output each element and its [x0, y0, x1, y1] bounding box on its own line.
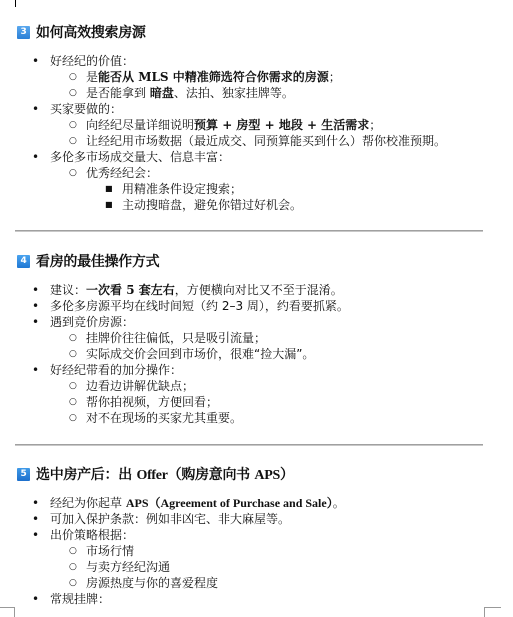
list-item: • 出价策略根据：	[0, 527, 345, 543]
bullet-disc-icon: •	[32, 495, 39, 511]
section-title: 选中房产后：出 Offer（购房意向书 APS）	[36, 464, 294, 484]
bullet-list: • 好经纪的价值： ○ 是能否从 MLS 中精准筛选符合你需求的房源； ○ 是否…	[0, 53, 446, 213]
list-item: • 多伦多市场成交量大、信息丰富：	[0, 149, 446, 165]
bullet-disc-icon: •	[32, 298, 39, 314]
bold-text: 一次看 5 套左右	[86, 283, 175, 297]
section-title: 看房的最佳操作方式	[36, 251, 159, 271]
bullet-square-icon: ■	[105, 181, 113, 197]
list-item: ○ 实际成交价会回到市场价，很难“捡大漏”。	[0, 346, 349, 362]
list-item: ○ 边看边讲解优缺点；	[0, 378, 349, 394]
bullet-circle-icon: ○	[69, 575, 77, 591]
bullet-disc-icon: •	[32, 527, 39, 543]
list-item: ○ 与卖方经纪沟通	[0, 559, 345, 575]
list-item: ○ 向经纪尽量详细说明预算 + 房型 + 地段 + 生活需求；	[0, 117, 446, 133]
list-item: ○ 优秀经纪会：	[0, 165, 446, 181]
number-4-icon: 4	[17, 255, 30, 268]
bullet-circle-icon: ○	[69, 330, 77, 346]
bullet-circle-icon: ○	[69, 346, 77, 362]
bold-text: 能否从 MLS 中精准筛选符合你需求的房源	[98, 70, 329, 84]
list-item: • 遇到竞价房源：	[0, 314, 349, 330]
bullet-circle-icon: ○	[69, 85, 77, 101]
bold-text: 暗盘	[150, 86, 174, 100]
bullet-list: • 建议：一次看 5 套左右，方便横向对比又不至于混淆。 • 多伦多房源平均在线…	[0, 282, 349, 426]
page-corner-mark	[484, 607, 501, 617]
section-heading: 5 选中房产后：出 Offer（购房意向书 APS）	[17, 464, 294, 484]
list-item: ○ 是否能拿到 暗盘、法拍、独家挂牌等。	[0, 85, 446, 101]
list-item: ○ 市场行情	[0, 543, 345, 559]
list-item: • 可加入保护条款：例如非凶宅、非大麻屋等。	[0, 511, 345, 527]
bold-text: 预算 + 房型 + 地段 + 生活需求	[194, 118, 369, 132]
bullet-circle-icon: ○	[69, 69, 77, 85]
bullet-square-icon: ■	[105, 197, 113, 213]
horizontal-rule	[15, 444, 483, 446]
bullet-circle-icon: ○	[69, 378, 77, 394]
list-item: ○ 对不在现场的买家尤其重要。	[0, 410, 349, 426]
bullet-circle-icon: ○	[69, 117, 77, 133]
section-heading: 4 看房的最佳操作方式	[17, 251, 159, 271]
page-corner-mark	[0, 607, 15, 617]
bullet-list: • 经纪为你起草 APS（Agreement of Purchase and S…	[0, 495, 345, 607]
bullet-circle-icon: ○	[69, 394, 77, 410]
bullet-disc-icon: •	[32, 53, 39, 69]
list-item: • 买家要做的：	[0, 101, 446, 117]
bullet-disc-icon: •	[32, 591, 39, 607]
bold-text: APS（Agreement of Purchase and Sale）	[126, 496, 333, 510]
list-item: • 常规挂牌：	[0, 591, 345, 607]
bullet-circle-icon: ○	[69, 543, 77, 559]
list-item: • 建议：一次看 5 套左右，方便横向对比又不至于混淆。	[0, 282, 349, 298]
bullet-disc-icon: •	[32, 511, 39, 527]
horizontal-rule	[15, 230, 483, 232]
bullet-circle-icon: ○	[69, 165, 77, 181]
list-item: • 经纪为你起草 APS（Agreement of Purchase and S…	[0, 495, 345, 511]
text-cursor-mark	[15, 0, 16, 7]
list-item: • 好经纪带看的加分操作：	[0, 362, 349, 378]
number-3-icon: 3	[17, 26, 30, 39]
bullet-disc-icon: •	[32, 362, 39, 378]
list-item: ○ 让经纪用市场数据（最近成交、同预算能买到什么）帮你校准预期。	[0, 133, 446, 149]
section-title: 如何高效搜索房源	[36, 22, 146, 42]
bullet-circle-icon: ○	[69, 559, 77, 575]
list-item: ○ 是能否从 MLS 中精准筛选符合你需求的房源；	[0, 69, 446, 85]
bullet-disc-icon: •	[32, 282, 39, 298]
bullet-disc-icon: •	[32, 314, 39, 330]
list-item: ■ 主动搜暗盘，避免你错过好机会。	[0, 197, 446, 213]
list-item: ○ 房源热度与你的喜爱程度	[0, 575, 345, 591]
number-5-icon: 5	[17, 468, 30, 481]
bullet-circle-icon: ○	[69, 410, 77, 426]
bullet-circle-icon: ○	[69, 133, 77, 149]
section-heading: 3 如何高效搜索房源	[17, 22, 146, 42]
list-item: ○ 帮你拍视频，方便回看；	[0, 394, 349, 410]
list-item: • 多伦多房源平均在线时间短（约 2–3 周），约看要抓紧。	[0, 298, 349, 314]
bullet-disc-icon: •	[32, 101, 39, 117]
list-item: • 好经纪的价值：	[0, 53, 446, 69]
bullet-disc-icon: •	[32, 149, 39, 165]
list-item: ■ 用精准条件设定搜索；	[0, 181, 446, 197]
list-item: ○ 挂牌价往往偏低，只是吸引流量；	[0, 330, 349, 346]
